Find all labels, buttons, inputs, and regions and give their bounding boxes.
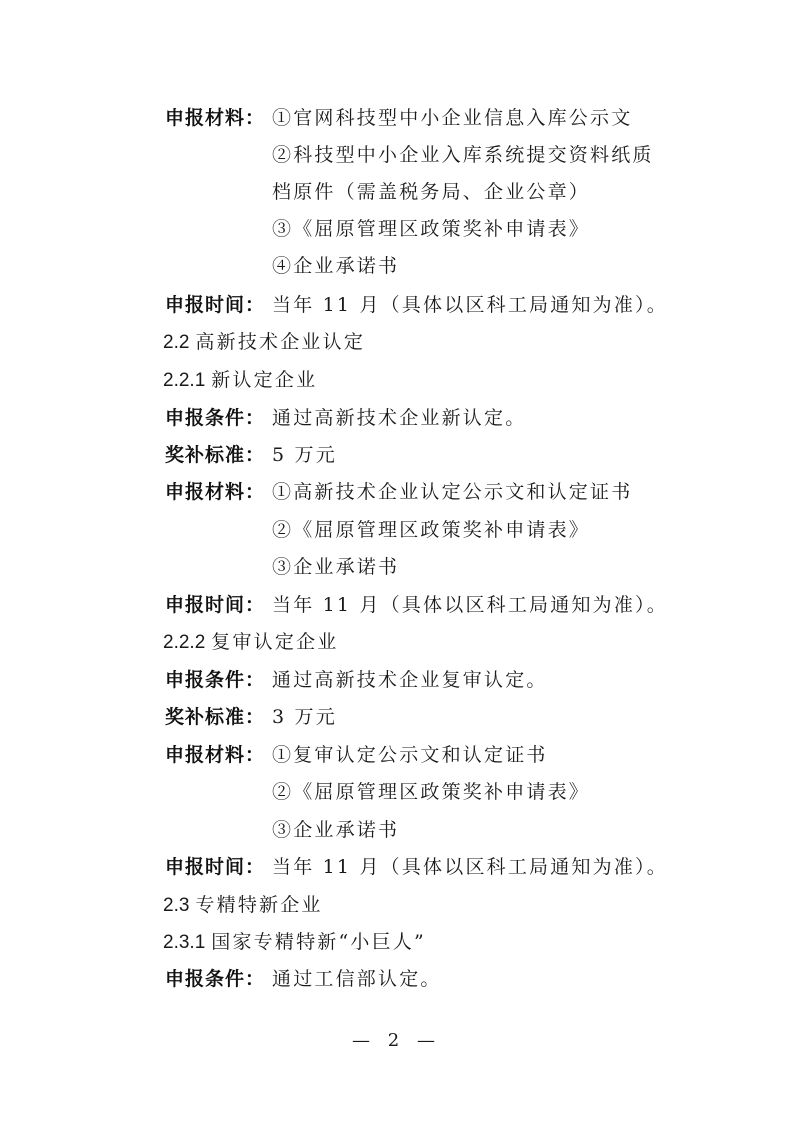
section-title: 专精特新企业: [195, 894, 322, 916]
section-number: 2.2.1: [163, 370, 205, 391]
field-label: 申报材料：: [165, 103, 265, 133]
section-number: 2.2: [163, 332, 189, 353]
field-value: ①官网科技型中小企业信息入库公示文: [272, 103, 632, 133]
list-item-text: ③企业承诺书: [272, 815, 399, 845]
field-value: 通过工信部认定。: [272, 964, 442, 994]
list-item-text: ②《屈原管理区政策奖补申请表》: [272, 777, 590, 807]
field-value: ①复审认定公示文和认定证书: [272, 740, 548, 770]
field-label: 申报时间：: [165, 590, 265, 620]
field-label: 申报条件：: [165, 964, 265, 994]
section-title: 新认定企业: [211, 369, 317, 391]
field-value: 通过高新技术企业新认定。: [272, 403, 526, 433]
section-number: 2.3: [163, 895, 189, 916]
list-item-text: 档原件（需盖税务局、企业公章）: [272, 177, 590, 207]
field-value: 当年 11 月（具体以区科工局通知为准）。: [272, 852, 668, 882]
field-label: 申报时间：: [165, 852, 265, 882]
field-value: 当年 11 月（具体以区科工局通知为准）。: [272, 590, 668, 620]
list-item-text: ②科技型中小企业入库系统提交资料纸质: [272, 140, 654, 170]
field-value: 5 万元: [272, 440, 337, 470]
field-label: 申报条件：: [165, 403, 265, 433]
list-item-text: ③《屈原管理区政策奖补申请表》: [272, 214, 590, 244]
section-title: 高新技术企业认定: [195, 331, 365, 353]
section-number: 2.3.1: [163, 932, 205, 953]
page-number: — 2 —: [0, 1030, 793, 1051]
field-value: 3 万元: [272, 702, 337, 732]
field-label: 申报条件：: [165, 665, 265, 695]
field-label: 申报材料：: [165, 477, 265, 507]
list-item-text: ②《屈原管理区政策奖补申请表》: [272, 515, 590, 545]
field-label: 奖补标准：: [165, 702, 265, 732]
section-title: 复审认定企业: [211, 631, 338, 653]
field-value: 当年 11 月（具体以区科工局通知为准）。: [272, 290, 668, 320]
list-item-text: ③企业承诺书: [272, 552, 399, 582]
section-number: 2.2.2: [163, 632, 205, 653]
field-value: ①高新技术企业认定公示文和认定证书: [272, 477, 632, 507]
list-item-text: ④企业承诺书: [272, 251, 399, 281]
field-value: 通过高新技术企业复审认定。: [272, 665, 548, 695]
section-title: 国家专精特新“小巨人”: [211, 931, 426, 953]
field-label: 申报材料：: [165, 740, 265, 770]
field-label: 申报时间：: [165, 290, 265, 320]
field-label: 奖补标准：: [165, 440, 265, 470]
